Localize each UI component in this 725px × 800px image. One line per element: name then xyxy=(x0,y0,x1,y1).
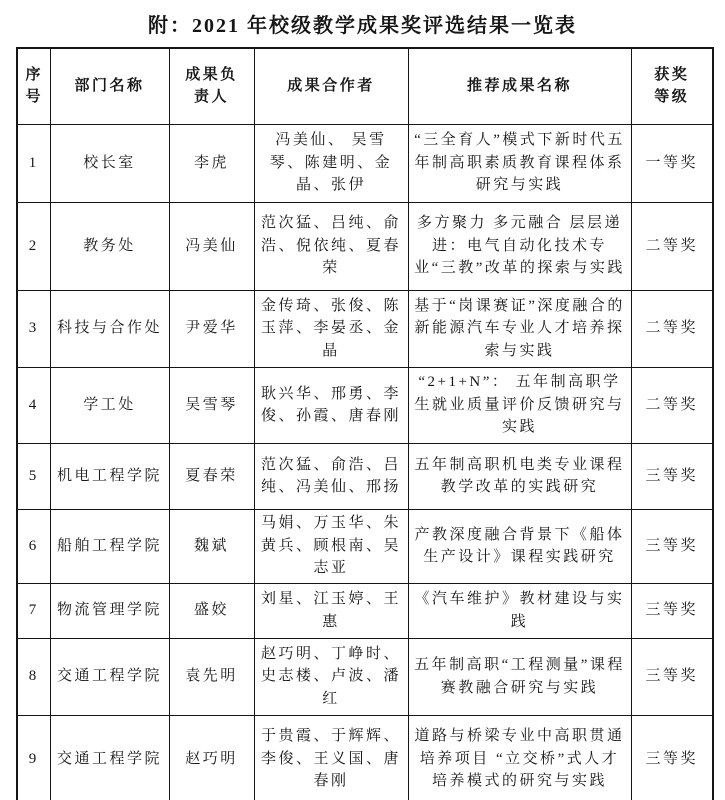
cell-leader: 尹爱华 xyxy=(169,290,254,367)
cell-dept: 交通工程学院 xyxy=(50,715,169,800)
cell-achievement: “2+1+N”： 五年制高职学生就业质量评价反馈研究与实践 xyxy=(408,367,631,443)
cell-award: 二等奖 xyxy=(631,290,713,367)
header-collaborators: 成果合作者 xyxy=(254,48,408,124)
cell-collaborators: 冯美仙、 吴雪琴、陈建明、金晶、张伊 xyxy=(254,124,408,202)
cell-leader: 李虎 xyxy=(169,124,254,202)
cell-achievement: 基于“岗课赛证”深度融合的新能源汽车专业人才培养探索与实践 xyxy=(408,290,631,367)
cell-no: 9 xyxy=(17,715,50,800)
header-no: 序号 xyxy=(17,48,50,124)
cell-leader: 赵巧明 xyxy=(169,715,254,800)
cell-leader: 袁先明 xyxy=(169,638,254,715)
table-row: 9 交通工程学院 赵巧明 于贵霞、于辉辉、李俊、王义国、唐春刚 道路与桥梁专业中… xyxy=(17,715,713,800)
cell-no: 2 xyxy=(17,202,50,290)
cell-no: 1 xyxy=(17,124,50,202)
cell-no: 4 xyxy=(17,367,50,443)
cell-dept: 学工处 xyxy=(50,367,169,443)
header-collaborators-label: 成果合作者 xyxy=(287,78,375,94)
header-achievement-label: 推荐成果名称 xyxy=(467,78,572,94)
cell-no: 8 xyxy=(17,638,50,715)
table-row: 8 交通工程学院 袁先明 赵巧明、丁峥时、史志楼、卢波、潘红 五年制高职“工程测… xyxy=(17,638,713,715)
cell-dept: 机电工程学院 xyxy=(50,443,169,509)
cell-no: 7 xyxy=(17,583,50,638)
cell-award: 二等奖 xyxy=(631,367,713,443)
cell-leader: 冯美仙 xyxy=(169,202,254,290)
cell-dept: 交通工程学院 xyxy=(50,638,169,715)
cell-achievement: 产教深度融合背景下《船体生产设计》课程实践研究 xyxy=(408,509,631,583)
cell-achievement: 五年制高职“工程测量”课程赛教融合研究与实践 xyxy=(408,638,631,715)
table-row: 2 教务处 冯美仙 范次猛、吕纯、俞浩、倪依纯、夏春荣 多方聚力 多元融合 层层… xyxy=(17,202,713,290)
cell-award: 三等奖 xyxy=(631,715,713,800)
cell-collaborators: 耿兴华、邢勇、李俊、孙霞、唐春刚 xyxy=(254,367,408,443)
cell-collaborators: 范次猛、吕纯、俞浩、倪依纯、夏春荣 xyxy=(254,202,408,290)
cell-leader: 吴雪琴 xyxy=(169,367,254,443)
header-dept: 部门名称 xyxy=(50,48,169,124)
cell-collaborators: 金传琦、张俊、陈玉萍、李晏丞、金晶 xyxy=(254,290,408,367)
header-no-label: 序号 xyxy=(26,64,43,109)
header-award-label: 获奖等级 xyxy=(654,64,690,109)
table-row: 6 船舶工程学院 魏斌 马娟、万玉华、朱黄兵、顾根南、吴志亚 产教深度融合背景下… xyxy=(17,509,713,583)
table-row: 1 校长室 李虎 冯美仙、 吴雪琴、陈建明、金晶、张伊 “三全育人”模式下新时代… xyxy=(17,124,713,202)
cell-leader: 夏春荣 xyxy=(169,443,254,509)
cell-no: 5 xyxy=(17,443,50,509)
table-row: 5 机电工程学院 夏春荣 范次猛、俞浩、吕纯、冯美仙、邢扬 五年制高职机电类专业… xyxy=(17,443,713,509)
cell-collaborators: 马娟、万玉华、朱黄兵、顾根南、吴志亚 xyxy=(254,509,408,583)
cell-award: 一等奖 xyxy=(631,124,713,202)
cell-award: 三等奖 xyxy=(631,509,713,583)
cell-achievement: 《汽车维护》教材建设与实践 xyxy=(408,583,631,638)
cell-award: 三等奖 xyxy=(631,583,713,638)
cell-award: 三等奖 xyxy=(631,638,713,715)
header-leader: 成果负责人 xyxy=(169,48,254,124)
cell-no: 3 xyxy=(17,290,50,367)
cell-leader: 魏斌 xyxy=(169,509,254,583)
page-title: 附：2021 年校级教学成果奖评选结果一览表 xyxy=(0,0,725,38)
cell-achievement: 五年制高职机电类专业课程教学改革的实践研究 xyxy=(408,443,631,509)
cell-award: 三等奖 xyxy=(631,443,713,509)
cell-achievement: 道路与桥梁专业中高职贯通培养项目 “立交桥”式人才培养模式的研究与实践 xyxy=(408,715,631,800)
cell-collaborators: 刘星、江玉婷、王惠 xyxy=(254,583,408,638)
cell-collaborators: 范次猛、俞浩、吕纯、冯美仙、邢扬 xyxy=(254,443,408,509)
cell-dept: 校长室 xyxy=(50,124,169,202)
header-dept-label: 部门名称 xyxy=(74,78,144,94)
cell-collaborators: 赵巧明、丁峥时、史志楼、卢波、潘红 xyxy=(254,638,408,715)
cell-dept: 科技与合作处 xyxy=(50,290,169,367)
cell-dept: 船舶工程学院 xyxy=(50,509,169,583)
cell-leader: 盛姣 xyxy=(169,583,254,638)
cell-achievement: “三全育人”模式下新时代五年制高职素质教育课程体系研究与实践 xyxy=(408,124,631,202)
table-row: 7 物流管理学院 盛姣 刘星、江玉婷、王惠 《汽车维护》教材建设与实践 三等奖 xyxy=(17,583,713,638)
results-table: 序号 部门名称 成果负责人 成果合作者 推荐成果名称 获奖等级 1 校长室 李虎… xyxy=(16,47,714,800)
table-row: 4 学工处 吴雪琴 耿兴华、邢勇、李俊、孙霞、唐春刚 “2+1+N”： 五年制高… xyxy=(17,367,713,443)
cell-dept: 教务处 xyxy=(50,202,169,290)
cell-achievement: 多方聚力 多元融合 层层递进：电气自动化技术专业“三教”改革的探索与实践 xyxy=(408,202,631,290)
table-row: 3 科技与合作处 尹爱华 金传琦、张俊、陈玉萍、李晏丞、金晶 基于“岗课赛证”深… xyxy=(17,290,713,367)
cell-dept: 物流管理学院 xyxy=(50,583,169,638)
cell-award: 二等奖 xyxy=(631,202,713,290)
cell-no: 6 xyxy=(17,509,50,583)
header-achievement: 推荐成果名称 xyxy=(408,48,631,124)
cell-collaborators: 于贵霞、于辉辉、李俊、王义国、唐春刚 xyxy=(254,715,408,800)
table-header-row: 序号 部门名称 成果负责人 成果合作者 推荐成果名称 获奖等级 xyxy=(17,48,713,124)
header-award: 获奖等级 xyxy=(631,48,713,124)
header-leader-label: 成果负责人 xyxy=(185,64,239,109)
